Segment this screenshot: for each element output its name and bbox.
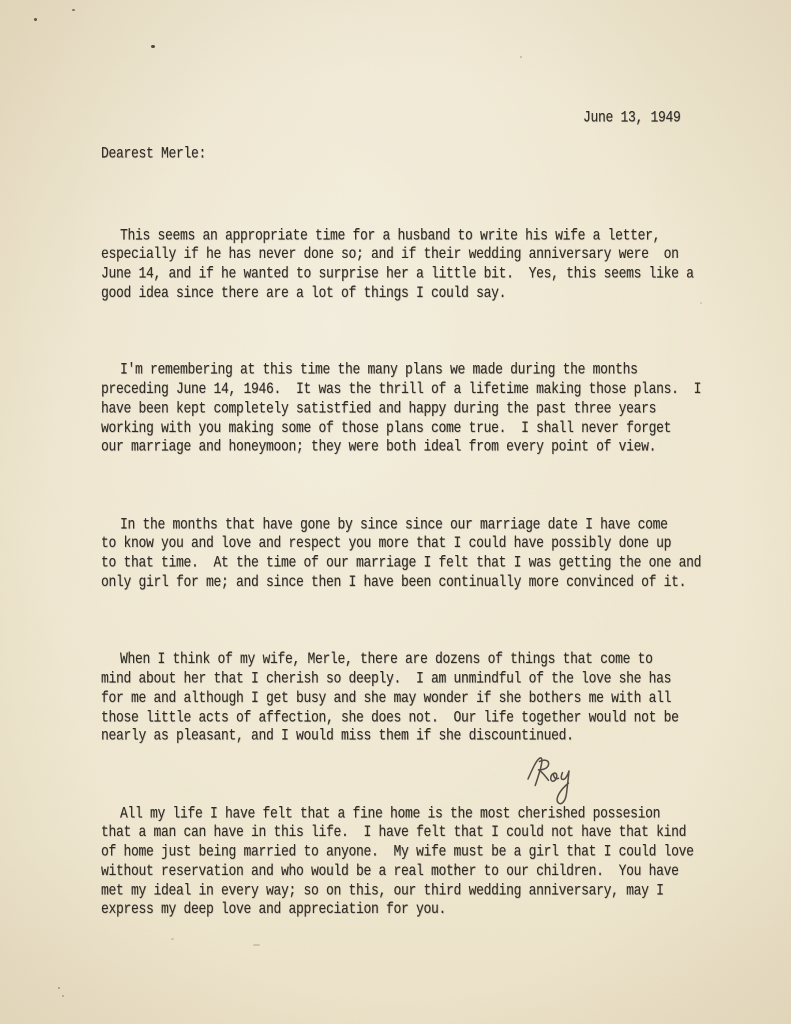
letter-paragraph: When I think of my wife, Merle, there ar… [101, 650, 746, 746]
letter-page: June 13, 1949 Dearest Merle: This seems … [0, 0, 791, 1024]
paper-speck [171, 938, 174, 940]
letter-paragraph: I'm remembering at this time the many pl… [101, 360, 746, 456]
paper-speck [700, 302, 702, 304]
paper-speck [520, 56, 522, 58]
paper-speck [58, 987, 60, 989]
letter-body: This seems an appropriate time for a hus… [101, 187, 746, 958]
paper-speck [34, 18, 37, 21]
paper-speck [454, 867, 457, 870]
letter-greeting: Dearest Merle: [101, 144, 206, 163]
letter-paragraph: This seems an appropriate time for a hus… [101, 226, 746, 303]
paper-speck [253, 944, 260, 946]
letter-date: June 13, 1949 [583, 108, 681, 127]
paper-speck [72, 9, 75, 11]
letter-paragraph: In the months that have gone by since si… [101, 515, 746, 592]
letter-paragraph: All my life I have felt that a fine home… [101, 804, 746, 920]
paper-speck [151, 45, 155, 48]
handwritten-signature-roy [524, 752, 588, 816]
paper-speck [62, 995, 64, 997]
